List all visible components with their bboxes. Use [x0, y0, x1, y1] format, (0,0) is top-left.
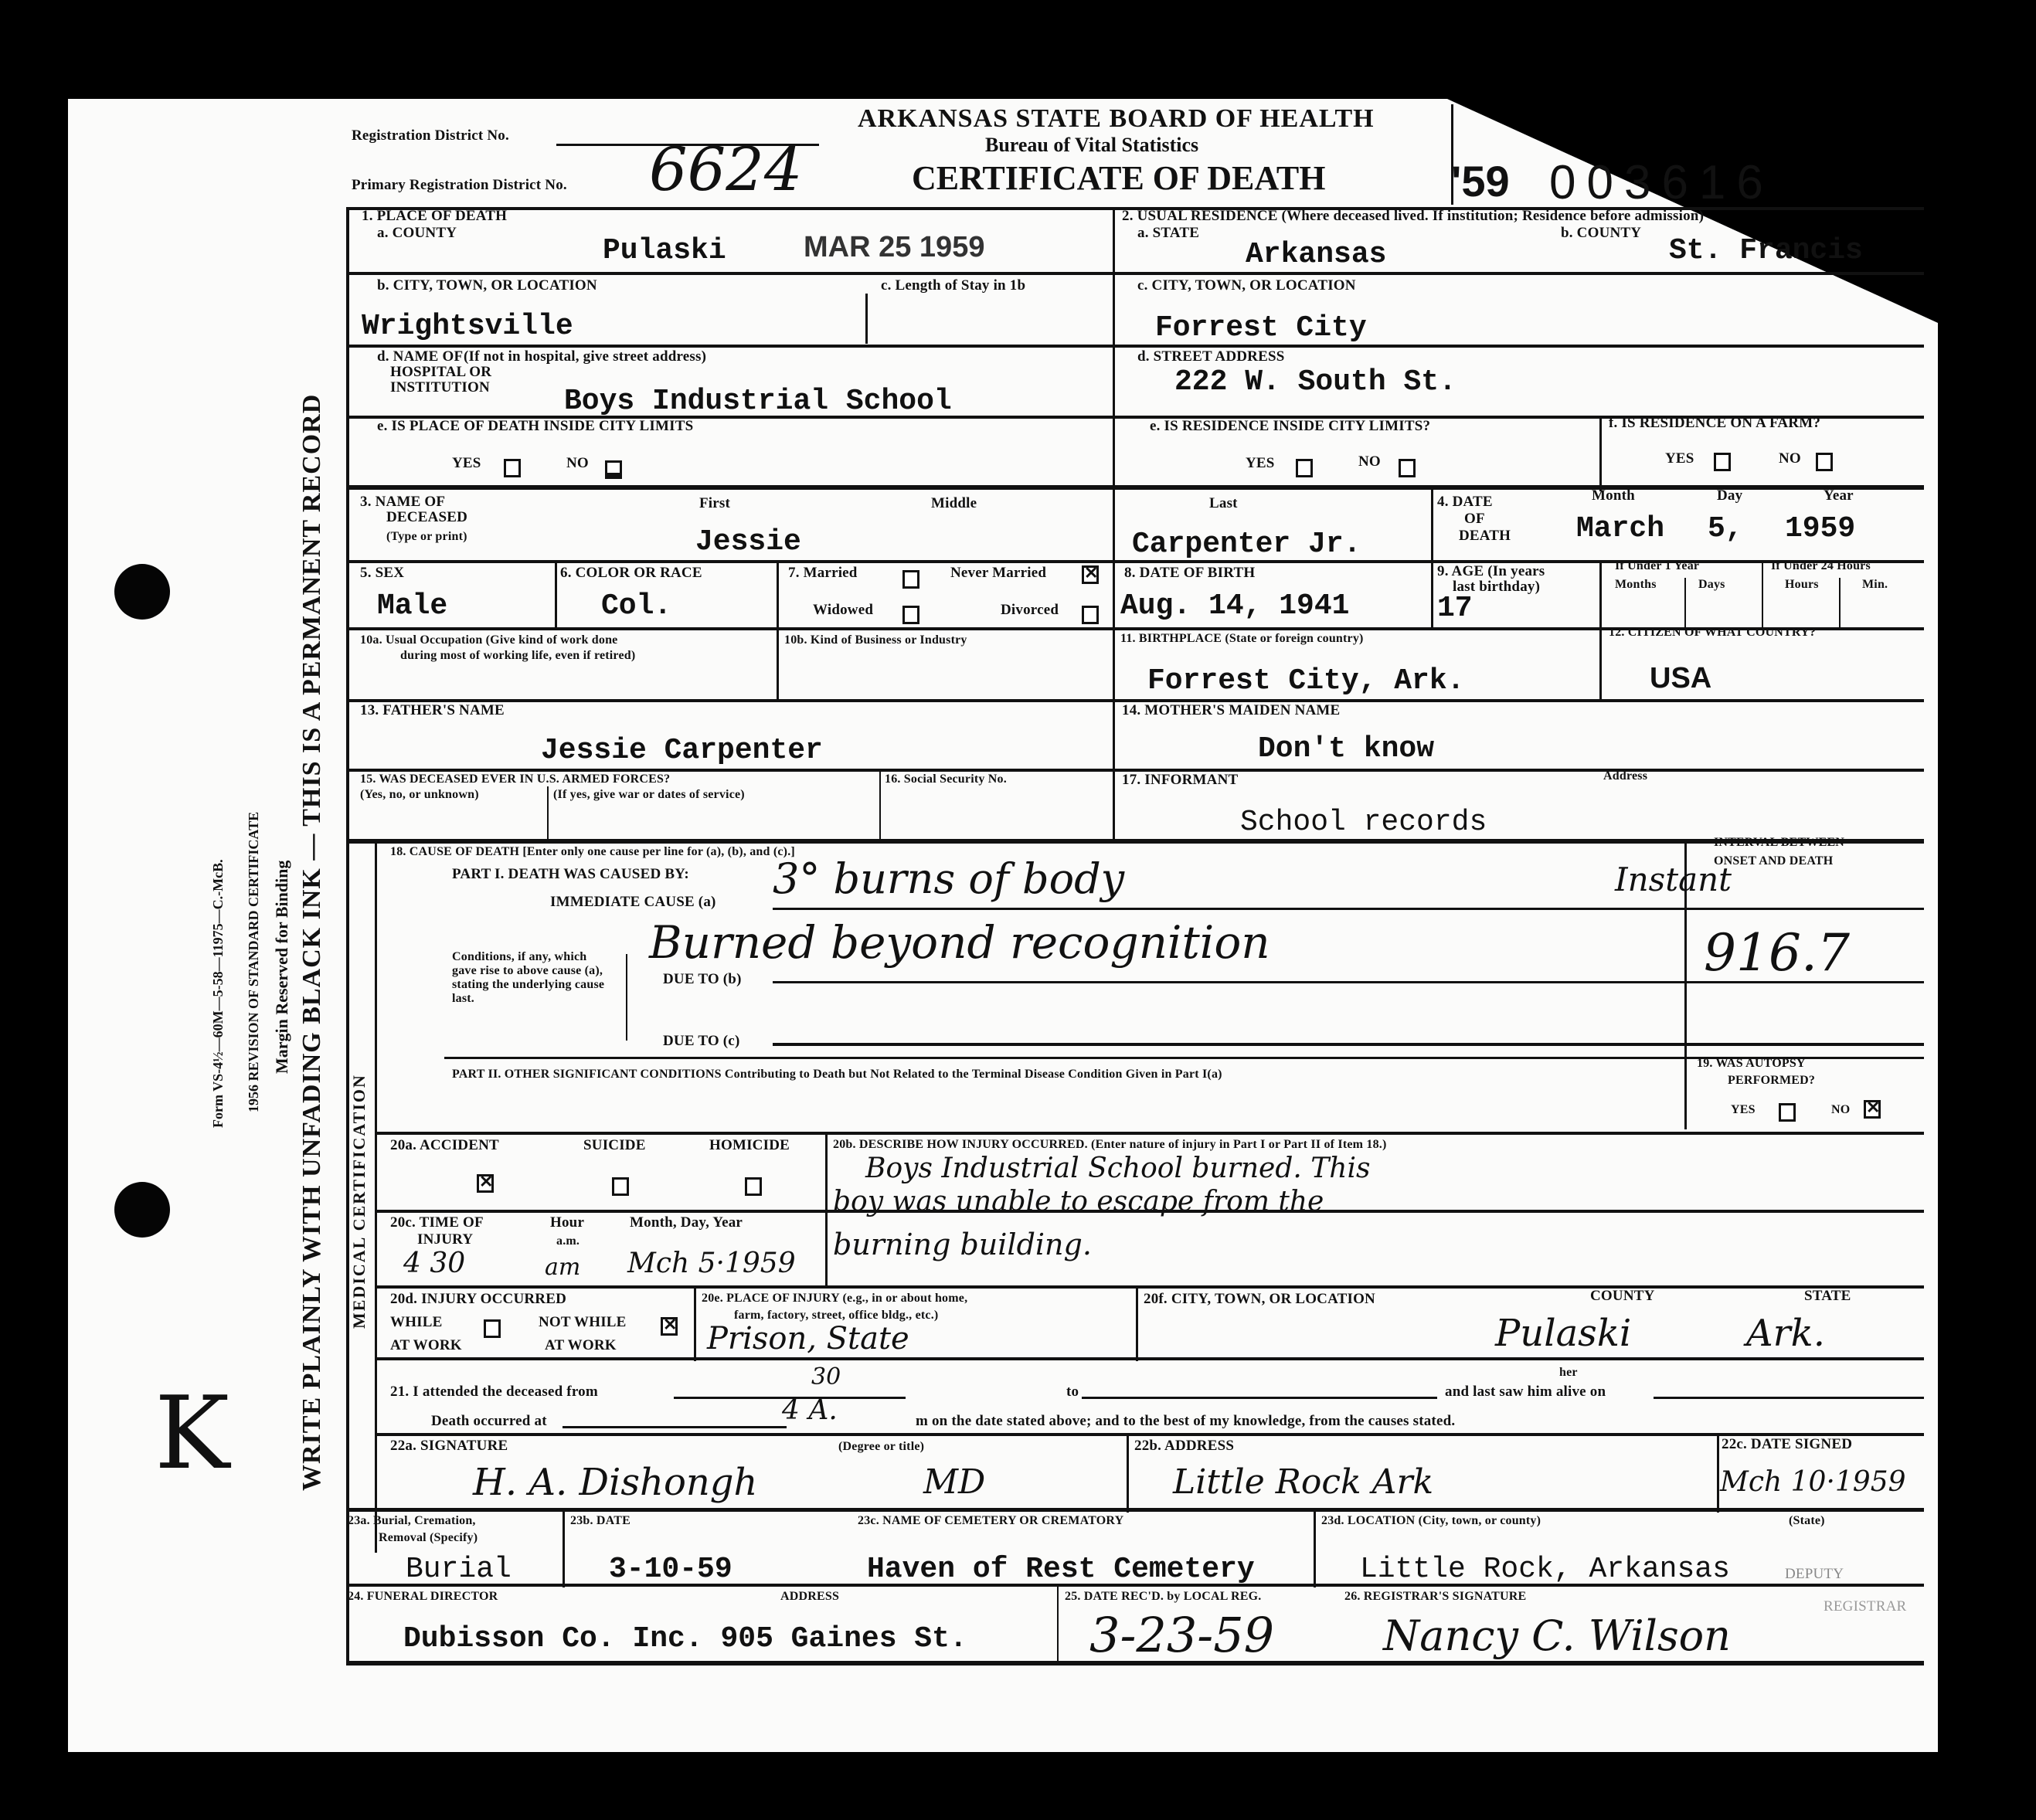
due-to-b-line — [773, 981, 1924, 983]
margin-reserved-text: Margin Reserved for Binding — [272, 861, 292, 1074]
date-received-value: 3-23-59 — [1089, 1611, 1274, 1660]
conditions-label: Conditions, if any, which gave rise to a… — [452, 950, 614, 1006]
married-checkbox[interactable] — [902, 570, 919, 589]
hour-label: Hour — [550, 1215, 584, 1231]
form-left-border — [346, 207, 349, 1666]
due-to-c-line — [773, 1043, 1924, 1046]
death-occurred-suffix: m on the date stated above; and to the b… — [916, 1414, 1455, 1429]
binder-hole-top — [114, 564, 170, 620]
institution-value: Boys Industrial School — [564, 386, 952, 417]
divider — [1431, 562, 1433, 630]
divider — [1136, 1287, 1138, 1361]
physician-degree: MD — [923, 1466, 985, 1499]
inside-city-label: e. IS PLACE OF DEATH INSIDE CITY LIMITS — [377, 419, 693, 434]
last-name-label: Last — [1209, 496, 1238, 511]
cause-line2-value: Burned beyond recognition — [649, 919, 1270, 966]
father-value: Jessie Carpenter — [541, 735, 823, 766]
death-county-value: Pulaski — [603, 236, 726, 267]
residence-street-label: d. STREET ADDRESS — [1137, 349, 1285, 365]
registration-district-label: Registration District No. — [352, 128, 509, 144]
autopsy-yes-checkbox[interactable] — [1779, 1103, 1796, 1122]
first-name-value: Jessie — [695, 527, 801, 558]
mother-value: Don't know — [1258, 734, 1434, 765]
medical-inner-border — [375, 842, 377, 1553]
while-at-work-checkbox[interactable] — [484, 1319, 501, 1338]
accident-checkbox[interactable] — [477, 1174, 494, 1193]
mother-label: 14. MOTHER'S MAIDEN NAME — [1122, 703, 1340, 718]
informant-label: 17. INFORMANT — [1122, 772, 1238, 788]
death-city-label: b. CITY, TOWN, OR LOCATION — [377, 278, 597, 294]
institution-label-1: d. NAME OF — [377, 349, 463, 365]
death-county-label: a. COUNTY — [377, 226, 457, 241]
autopsy-yes-label: YES — [1731, 1103, 1756, 1117]
death-month-label: Month — [1592, 488, 1635, 504]
death-time-line — [563, 1426, 787, 1428]
name-label-2: DECEASED — [386, 510, 467, 525]
inside-city-no-label: NO — [566, 456, 589, 471]
funeral-address-label: ADDRESS — [780, 1590, 839, 1604]
row-line-double — [346, 839, 1924, 844]
divider — [777, 630, 779, 699]
her-label: her — [1559, 1366, 1578, 1380]
part2-label: PART II. OTHER SIGNIFICANT CONDITIONS Co… — [452, 1068, 1222, 1081]
immediate-interval-value: Instant — [1615, 864, 1732, 896]
cause-line2-interval: 916.7 — [1704, 927, 1850, 980]
residence-inside-yes-checkbox[interactable] — [1296, 459, 1313, 477]
to-line — [1082, 1397, 1437, 1399]
occupation-label-1: 10a. Usual Occupation (Give kind of work… — [360, 633, 617, 647]
form-bottom-border — [346, 1661, 1924, 1666]
while-at-work-label-1: WHILE — [390, 1315, 443, 1330]
divider — [1684, 578, 1686, 628]
attended-label: 21. I attended the deceased from — [390, 1384, 598, 1400]
describe-line-1: Boys Industrial School burned. This — [865, 1153, 1370, 1185]
residence-inside-no-checkbox[interactable] — [1399, 459, 1416, 477]
death-day-label: Day — [1717, 488, 1742, 504]
conditions-bracket — [626, 954, 627, 1041]
binder-hole-bottom — [114, 1182, 170, 1238]
center-divider-upper — [1113, 207, 1115, 840]
residence-city-label: c. CITY, TOWN, OR LOCATION — [1137, 278, 1356, 294]
divider — [879, 771, 881, 840]
residence-farm-yes-label: YES — [1665, 451, 1694, 467]
margin-handwritten-mark: K — [155, 1383, 229, 1483]
suicide-label: SUICIDE — [583, 1138, 646, 1153]
describe-line-3: burning building. — [833, 1228, 1092, 1261]
injury-county-value: Pulaski — [1495, 1317, 1631, 1350]
residence-county-label: b. COUNTY — [1561, 226, 1641, 241]
cemetery-label: 23c. NAME OF CEMETERY OR CREMATORY — [858, 1514, 1123, 1528]
to-label: to — [1066, 1384, 1079, 1400]
dob-value: Aug. 14, 1941 — [1120, 591, 1349, 622]
last-saw-line — [1654, 1397, 1924, 1399]
race-label: 6. COLOR OR RACE — [560, 565, 702, 581]
never-married-label: Never Married — [950, 565, 1046, 581]
not-while-at-work-checkbox[interactable] — [661, 1317, 678, 1336]
residence-farm-no-label: NO — [1779, 451, 1801, 467]
residence-state-value: Arkansas — [1246, 239, 1386, 270]
citizen-label: 12. CITIZEN OF WHAT COUNTRY? — [1609, 626, 1816, 640]
signature-label: 22a. SIGNATURE — [390, 1438, 508, 1454]
month-day-year-label: Month, Day, Year — [630, 1215, 743, 1231]
sex-value: Male — [377, 591, 447, 622]
accident-label: 20a. ACCIDENT — [390, 1138, 499, 1153]
inside-city-yes-checkbox[interactable] — [504, 459, 521, 477]
institution-hint: (If not in hospital, give street address… — [464, 349, 706, 365]
place-of-injury-value: Prison, State — [707, 1323, 909, 1355]
death-month-value: March — [1576, 514, 1664, 545]
row-line — [375, 1285, 1924, 1289]
date-of-death-label-2: OF — [1464, 511, 1485, 527]
burial-location-value: Little Rock, Arkansas — [1360, 1554, 1730, 1585]
certificate-number: 003616 — [1549, 158, 1774, 208]
burial-state-label: (State) — [1789, 1514, 1825, 1528]
divider — [547, 786, 549, 840]
divider — [1057, 1585, 1059, 1662]
institution-label-2: HOSPITAL OR — [390, 365, 491, 380]
death-city-value: Wrightsville — [362, 311, 573, 342]
row-line — [375, 1132, 1924, 1135]
farm-divider — [1599, 417, 1602, 491]
divorced-label: Divorced — [1001, 603, 1059, 618]
occupation-label-2: during most of working life, even if ret… — [400, 649, 635, 663]
disposition-label-2: Removal (Specify) — [379, 1531, 478, 1545]
place-of-death-label: 1. PLACE OF DEATH — [362, 209, 507, 224]
residence-city-value: Forrest City — [1155, 313, 1367, 344]
certificate-title: CERTIFICATE OF DEATH — [912, 158, 1325, 198]
disposition-value: Burial — [406, 1554, 512, 1585]
under-1-year-label: If Under 1 Year — [1615, 559, 1699, 573]
divider — [1762, 562, 1763, 630]
industry-label: 10b. Kind of Business or Industry — [784, 633, 967, 647]
inside-city-yes-label: YES — [452, 456, 481, 471]
row-line — [346, 1584, 1924, 1587]
last-saw-label: and last saw him alive on — [1445, 1384, 1606, 1400]
injury-ampm-value: am — [545, 1251, 580, 1284]
divider — [694, 1287, 696, 1361]
due-to-b-label: DUE TO (b) — [663, 972, 742, 987]
cause-section-label: 18. CAUSE OF DEATH [Enter only one cause… — [390, 845, 795, 859]
injury-date-value: Mch 5·1959 — [627, 1248, 796, 1280]
divider — [563, 1510, 565, 1587]
never-married-checkbox[interactable] — [1082, 565, 1099, 584]
immediate-line — [773, 908, 1924, 910]
death-occurred-label: Death occurred at — [431, 1414, 547, 1429]
injury-city-label: 20f. CITY, TOWN, OR LOCATION — [1144, 1292, 1375, 1307]
birthplace-label: 11. BIRTHPLACE (State or foreign country… — [1120, 632, 1364, 646]
date-signed-value: Mch 10·1959 — [1720, 1466, 1906, 1499]
injury-state-value: Ark. — [1746, 1317, 1825, 1350]
burial-date-label: 23b. DATE — [570, 1514, 631, 1528]
place-of-injury-label-1: 20e. PLACE OF INJURY (e.g., in or about … — [702, 1292, 967, 1306]
immediate-cause-label: IMMEDIATE CAUSE (a) — [550, 895, 716, 910]
first-name-label: First — [699, 496, 730, 511]
armed-forces-label-3: (If yes, give war or dates of service) — [553, 788, 745, 802]
date-of-death-divider — [1431, 488, 1433, 562]
registrar-stamp: REGISTRAR — [1824, 1599, 1906, 1615]
divorced-checkbox[interactable] — [1082, 606, 1099, 624]
part1-label: PART I. DEATH WAS CAUSED BY: — [452, 867, 689, 882]
deputy-stamp: DEPUTY — [1785, 1567, 1844, 1582]
widowed-label: Widowed — [813, 603, 873, 618]
registrar-signature-label: 26. REGISTRAR'S SIGNATURE — [1344, 1590, 1526, 1604]
row-line — [375, 1210, 1924, 1213]
age-label-1: 9. AGE (In years — [1437, 564, 1545, 579]
divider — [1314, 1510, 1316, 1587]
suicide-checkbox[interactable] — [612, 1177, 629, 1196]
residence-street-value: 222 W. South St. — [1174, 367, 1456, 398]
informant-address-label: Address — [1603, 769, 1647, 783]
ssn-label: 16. Social Security No. — [885, 772, 1007, 786]
due-to-c-label: DUE TO (c) — [663, 1034, 739, 1049]
death-time-value: 4 A. — [782, 1394, 838, 1427]
physician-address-value: Little Rock Ark — [1173, 1466, 1433, 1499]
usual-residence-label: 2. USUAL RESIDENCE (Where deceased lived… — [1122, 209, 1704, 224]
residence-inside-yes-label: YES — [1246, 456, 1275, 471]
birthplace-value: Forrest City, Ark. — [1147, 666, 1464, 697]
death-day-value: 5, — [1708, 514, 1743, 545]
autopsy-no-label: NO — [1831, 1103, 1850, 1117]
divider — [1599, 562, 1602, 630]
under-24-hours-label: If Under 24 Hours — [1771, 559, 1871, 573]
race-value: Col. — [601, 591, 671, 622]
immediate-cause-value: 3° burns of body — [773, 857, 1124, 901]
describe-line-2: boy was unable to escape from the — [833, 1186, 1324, 1218]
permanent-record-notice: WRITE PLAINLY WITH UNFADING BLACK INK — … — [297, 394, 327, 1491]
residence-inside-city-label: e. IS RESIDENCE INSIDE CITY LIMITS? — [1150, 419, 1430, 434]
received-stamp: MAR 25 1959 — [804, 232, 984, 263]
am-label: a.m. — [556, 1234, 580, 1248]
married-label: 7. Married — [788, 565, 858, 581]
cemetery-value: Haven of Rest Cemetery — [867, 1554, 1255, 1585]
certificate-year: '59 — [1451, 158, 1510, 205]
not-while-at-work-label-1: NOT WHILE — [539, 1315, 627, 1330]
row-line — [375, 1433, 1924, 1436]
divider — [555, 562, 557, 630]
length-of-stay-label: c. Length of Stay in 1b — [881, 278, 1025, 294]
residence-farm-yes-checkbox[interactable] — [1714, 453, 1731, 471]
divider — [1127, 1435, 1129, 1513]
divider — [1717, 1435, 1719, 1513]
registrar-signature: Nancy C. Wilson — [1383, 1615, 1731, 1658]
form-number: Form VS-4½—60M—5-58—11975—C.-McB. — [210, 859, 226, 1128]
row-line — [346, 1508, 1924, 1512]
physician-signature: H. A. Dishongh — [473, 1466, 757, 1499]
father-label: 13. FATHER'S NAME — [360, 703, 505, 718]
months-label: Months — [1615, 578, 1657, 592]
describe-injury-label: 20b. DESCRIBE HOW INJURY OCCURRED. (Ente… — [833, 1138, 1387, 1152]
bureau-name: Bureau of Vital Statistics — [985, 134, 1198, 157]
burial-date-value: 3-10-59 — [609, 1554, 732, 1585]
degree-label: (Degree or title) — [838, 1440, 924, 1454]
institution-label-3: INSTITUTION — [390, 380, 490, 396]
last-name-value: Carpenter Jr. — [1132, 529, 1361, 560]
middle-name-label: Middle — [931, 496, 977, 511]
row-line — [375, 1357, 1924, 1360]
date-received-label: 25. DATE REC'D. by LOCAL REG. — [1065, 1590, 1261, 1604]
row-line — [346, 272, 1924, 275]
funeral-director-value: Dubisson Co. Inc. 905 Gaines St. — [403, 1624, 967, 1655]
funeral-director-label: 24. FUNERAL DIRECTOR — [348, 1590, 498, 1604]
attended-from-value: 30 — [811, 1361, 841, 1394]
medical-certification-label: MEDICAL CERTIFICATION — [349, 1074, 369, 1329]
age-value: 17 — [1437, 593, 1473, 624]
disposition-label-1: 23a. Burial, Cremation, — [348, 1514, 476, 1528]
autopsy-no-checkbox[interactable] — [1864, 1100, 1881, 1119]
armed-forces-label-2: (Yes, no, or unknown) — [360, 788, 479, 802]
primary-registration-label: Primary Registration District No. — [352, 178, 567, 193]
residence-inside-no-label: NO — [1358, 454, 1381, 470]
date-of-death-label-3: DEATH — [1459, 528, 1511, 544]
date-signed-label: 22c. DATE SIGNED — [1722, 1437, 1852, 1452]
injury-state-label: STATE — [1804, 1289, 1851, 1304]
sex-label: 5. SEX — [360, 565, 404, 581]
stay-divider — [865, 294, 868, 344]
autopsy-label-1: 19. WAS AUTOPSY — [1697, 1057, 1806, 1071]
widowed-checkbox[interactable] — [902, 606, 919, 624]
dob-label: 8. DATE OF BIRTH — [1124, 565, 1255, 581]
row-line — [346, 345, 1924, 348]
injury-county-label: COUNTY — [1590, 1289, 1655, 1304]
death-year-value: 1959 — [1785, 514, 1855, 545]
injury-hour-value: 4 30 — [403, 1248, 465, 1280]
injury-occurred-label: 20d. INJURY OCCURRED — [390, 1292, 566, 1307]
not-while-at-work-label-2: AT WORK — [545, 1338, 617, 1353]
min-label: Min. — [1862, 578, 1888, 592]
informant-value: School records — [1240, 807, 1487, 838]
residence-farm-label: f. IS RESIDENCE ON A FARM? — [1609, 416, 1820, 431]
divider — [1839, 578, 1841, 628]
interval-label-2: ONSET AND DEATH — [1714, 854, 1833, 868]
armed-forces-label-1: 15. WAS DECEASED EVER IN U.S. ARMED FORC… — [360, 772, 670, 786]
while-at-work-label-2: AT WORK — [390, 1338, 462, 1353]
primary-registration-value: 6624 — [649, 139, 803, 201]
hours-label: Hours — [1785, 578, 1819, 592]
row-line-double — [346, 485, 1924, 490]
date-of-death-label-1: 4. DATE — [1437, 494, 1493, 510]
residence-county-value: St. Francis — [1669, 236, 1863, 267]
name-label-1: 3. NAME OF — [360, 494, 445, 510]
inside-city-no-checkbox[interactable] — [605, 460, 622, 479]
death-year-label: Year — [1824, 488, 1854, 504]
divider — [777, 562, 779, 630]
agency-name: ARKANSAS STATE BOARD OF HEALTH — [858, 104, 1375, 134]
autopsy-label-2: PERFORMED? — [1728, 1074, 1815, 1088]
days-label: Days — [1698, 578, 1725, 592]
revision-text: 1956 REVISION OF STANDARD CERTIFICATE — [246, 812, 262, 1112]
name-label-3: (Type or print) — [386, 530, 467, 544]
interval-label-1: INTERVAL BETWEEN — [1714, 836, 1844, 850]
time-of-injury-label-2: INJURY — [417, 1232, 473, 1248]
physician-address-label: 22b. ADDRESS — [1134, 1438, 1234, 1454]
citizen-value: USA — [1650, 663, 1711, 694]
homicide-checkbox[interactable] — [745, 1177, 762, 1196]
divider — [1599, 630, 1602, 699]
burial-location-label: 23d. LOCATION (City, town, or county) — [1321, 1514, 1541, 1528]
residence-state-label: a. STATE — [1137, 226, 1199, 241]
homicide-label: HOMICIDE — [709, 1138, 790, 1153]
time-of-injury-label-1: 20c. TIME OF — [390, 1215, 484, 1231]
residence-farm-no-checkbox[interactable] — [1816, 453, 1833, 471]
